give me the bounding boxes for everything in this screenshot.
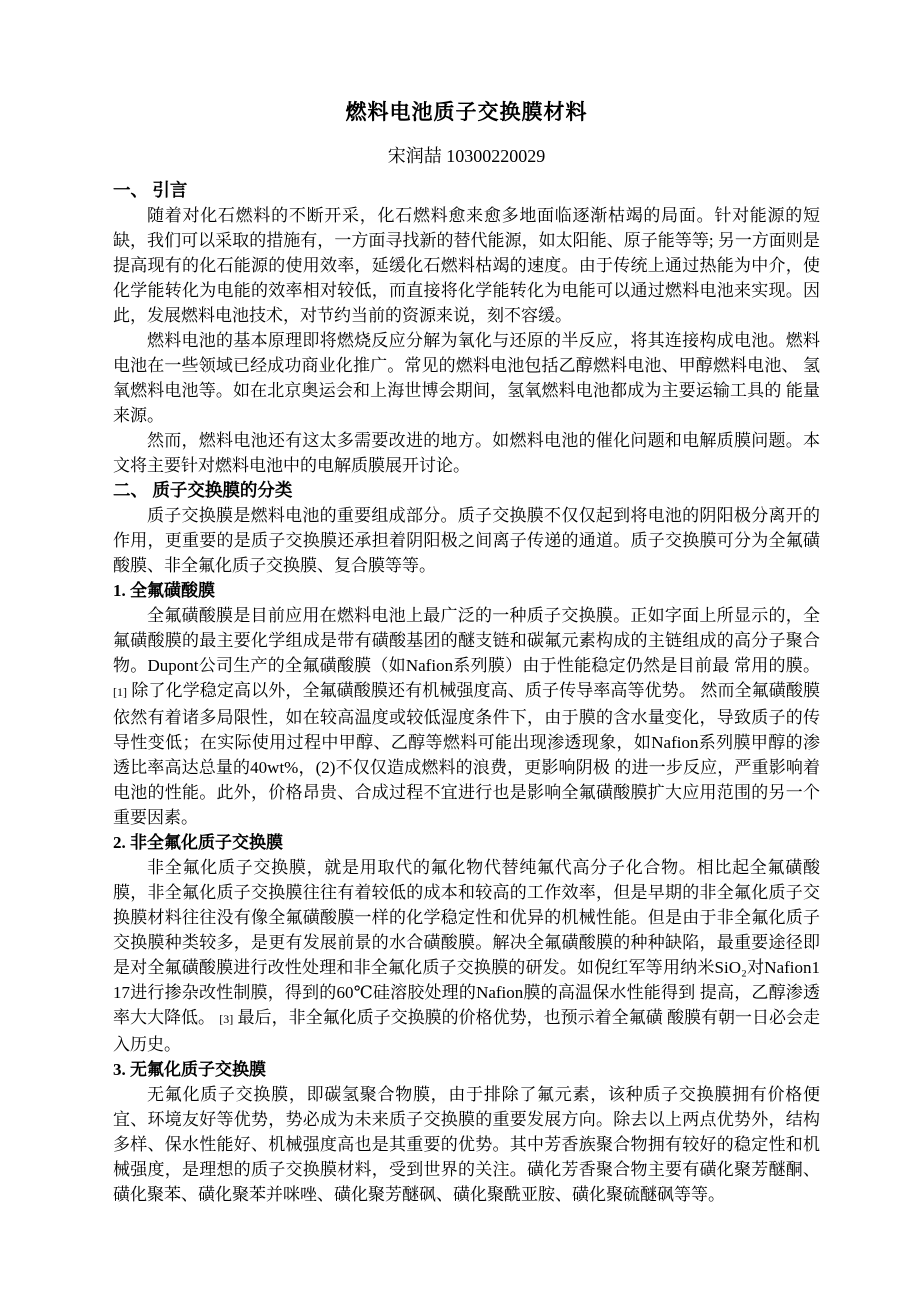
- paragraph-classification-overview: 质子交换膜是燃料电池的重要组成部分。质子交换膜不仅仅起到将电池的阴阳极分离开的作…: [113, 503, 820, 578]
- citation-marker-1: [1]: [113, 685, 127, 699]
- subsection-heading-fluorine-free: 3. 无氟化质子交换膜: [113, 1057, 820, 1082]
- document-page: 燃料电池质子交换膜材料 宋润喆 10300220029 一、 引言 随着对化石燃…: [0, 0, 920, 1302]
- paragraph-intro-2: 燃料电池的基本原理即将燃烧反应分解为氧化与还原的半反应，将其连接构成电池。燃料电…: [113, 328, 820, 428]
- subsection-heading-partially-fluorinated: 2. 非全氟化质子交换膜: [113, 830, 820, 855]
- paragraph-text: 全氟磺酸膜是目前应用在燃料电池上最广泛的一种质子交换膜。正如字面上所显示的，全氟…: [113, 606, 820, 675]
- page-title: 燃料电池质子交换膜材料: [113, 96, 820, 128]
- author-line: 宋润喆 10300220029: [113, 144, 820, 168]
- paragraph-intro-1: 随着对化石燃料的不断开采，化石燃料愈来愈多地面临逐渐枯竭的局面。针对能源的短缺，…: [113, 203, 820, 328]
- paragraph-partially-fluorinated: 非全氟化质子交换膜，就是用取代的氟化物代替纯氟代高分子化合物。相比起全氟磺酸膜，…: [113, 855, 820, 1057]
- section-heading-introduction: 一、 引言: [113, 178, 820, 203]
- paragraph-text: 除了化学稳定高以外，全氟磺酸膜还有机械强度高、质子传导率高等优势。 然而全氟磺酸…: [113, 681, 820, 827]
- citation-marker-3: [3]: [219, 1012, 233, 1026]
- document-body: 一、 引言 随着对化石燃料的不断开采，化石燃料愈来愈多地面临逐渐枯竭的局面。针对…: [113, 178, 820, 1207]
- paragraph-text: 非全氟化质子交换膜，就是用取代的氟化物代替纯氟代高分子化合物。相比起全氟磺酸膜，…: [113, 858, 820, 1027]
- paragraph-perfluorosulfonic: 全氟磺酸膜是目前应用在燃料电池上最广泛的一种质子交换膜。正如字面上所显示的，全氟…: [113, 603, 820, 830]
- section-heading-classification: 二、 质子交换膜的分类: [113, 478, 820, 503]
- paragraph-fluorine-free: 无氟化质子交换膜，即碳氢聚合物膜，由于排除了氟元素，该种质子交换膜拥有价格便宜、…: [113, 1082, 820, 1207]
- subsection-heading-perfluorosulfonic: 1. 全氟磺酸膜: [113, 578, 820, 603]
- paragraph-intro-3: 然而，燃料电池还有这太多需要改进的地方。如燃料电池的催化问题和电解质膜问题。本文…: [113, 428, 820, 478]
